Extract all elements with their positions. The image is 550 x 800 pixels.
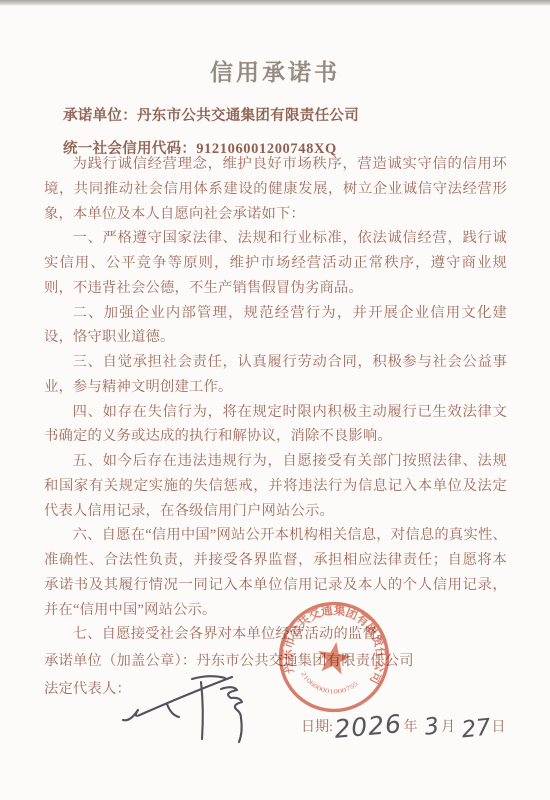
paragraph-item-2: 二、加强企业内部管理，规范经营行为，并开展企业信用文化建设，恪守职业道德。: [44, 301, 507, 351]
day-char: 日: [491, 720, 505, 735]
paragraph-intro: 为践行诚信经营理念，维护良好市场秩序，营造诚实守信的信用环境，共同推动社会信用体…: [44, 152, 507, 226]
scanned-document-page: 信用承诺书 承诺单位：丹东市公共交通集团有限责任公司 统一社会信用代码：9121…: [0, 0, 550, 800]
paragraph-item-7: 七、自愿接受社会各界对本单位经营活动的监督。: [44, 622, 507, 647]
seal-star-icon: [315, 639, 352, 675]
signature-stroke-vertical: [201, 682, 203, 739]
official-seal: 丹东市公共交通集团有限责任公司 210600001000755: [269, 592, 399, 722]
promising-unit-line: 承诺单位：丹东市公共交通集团有限责任公司: [63, 104, 523, 125]
scan-top-edge: [0, 0, 550, 6]
paragraph-item-6: 六、自愿在“信用中国”网站公开本机构相关信息，对信息的真实性、准确性、合法性负责…: [44, 523, 507, 622]
month-char: 月: [441, 720, 455, 735]
paragraph-item-1: 一、严格遵守国家法律、法规和行业标准，依法诚信经营，践行诚实信用、公平竞争等原则…: [44, 226, 507, 300]
year-char: 年: [404, 720, 418, 735]
document-title: 信用承诺书: [0, 54, 550, 87]
date-line: 日期:2026年3月27日: [301, 708, 505, 737]
handwritten-signature: [118, 670, 250, 748]
signature-stroke-top: [192, 676, 225, 679]
handwritten-month: 3: [422, 713, 440, 741]
signature-stroke-sweep: [123, 677, 232, 720]
signature-stroke-e: [221, 687, 242, 742]
paragraph-item-3: 三、自觉承担社会责任，认真履行劳动合同，积极参与社会公益事业，参与精神文明创建工…: [44, 350, 507, 400]
handwritten-day: 27: [460, 715, 492, 744]
paragraph-item-4: 四、如存在失信行为，将在规定时限内积极主动履行已生效法律文书确定的义务或达成的执…: [44, 400, 507, 450]
document-body: 为践行诚信经营理念，维护良好市场秩序，营造诚实守信的信用环境，共同推动社会信用体…: [44, 152, 507, 647]
date-label: 日期:: [301, 720, 333, 735]
signature-stroke-check: [167, 704, 179, 717]
paragraph-item-5: 五、如今后存在违法违规行为，自愿接受有关部门按照法律、法规和国家有关规定实施的失…: [44, 449, 507, 523]
handwritten-year: 2026: [333, 709, 403, 744]
seal-number-text: 210600001000755: [297, 670, 361, 700]
